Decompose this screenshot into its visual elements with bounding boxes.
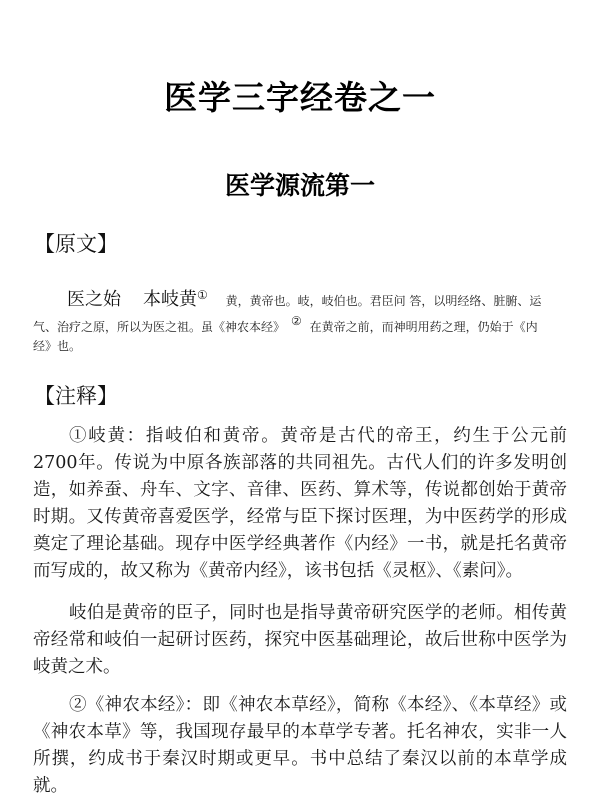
commentary-text: 气、治疗之原，所以为医之祖。虽《神农本经》 bbox=[33, 320, 285, 334]
commentary-text: 在黄帝之前，而神明用药之理，仍始于《内 bbox=[310, 320, 538, 334]
document-title: 医学三字经卷之一 bbox=[0, 72, 600, 119]
chapter-title: 医学源流第一 bbox=[0, 166, 600, 202]
footnote-marker-2: ② bbox=[291, 314, 302, 328]
footnote-marker-1: ① bbox=[197, 288, 208, 302]
original-verse-line: 医之始本岐黄① 黄，黄帝也。岐，岐伯也。君臣问 答，以明经络、脏腑、运 bbox=[33, 285, 573, 311]
annotation-paragraph-1: ①岐黄：指岐伯和黄帝。黄帝是古代的帝王，约生于公元前2700年。传说为中原各族部… bbox=[33, 423, 567, 585]
commentary-line-2: 气、治疗之原，所以为医之祖。虽《神农本经》② 在黄帝之前，而神明用药之理，仍始于… bbox=[33, 314, 573, 335]
annotation-paragraph-3: ②《神农本经》：即《神农本草经》，简称《本经》、《本草经》或《神农本草》等，我国… bbox=[33, 692, 567, 800]
section-heading-annotation: 【注释】 bbox=[34, 380, 118, 410]
verse-text-2: 本岐黄 bbox=[143, 289, 197, 310]
section-heading-original: 【原文】 bbox=[34, 228, 118, 258]
verse-text: 医之始 bbox=[67, 289, 121, 310]
annotation-paragraph-2: 岐伯是黄帝的臣子，同时也是指导黄帝研究医学的老师。相传黄帝经常和岐伯一起研讨医药… bbox=[33, 600, 567, 681]
commentary-line-3: 经》也。 bbox=[33, 337, 573, 354]
commentary-text: 黄，黄帝也。岐，岐伯也。君臣问 答，以明经络、脏腑、运 bbox=[226, 294, 542, 308]
